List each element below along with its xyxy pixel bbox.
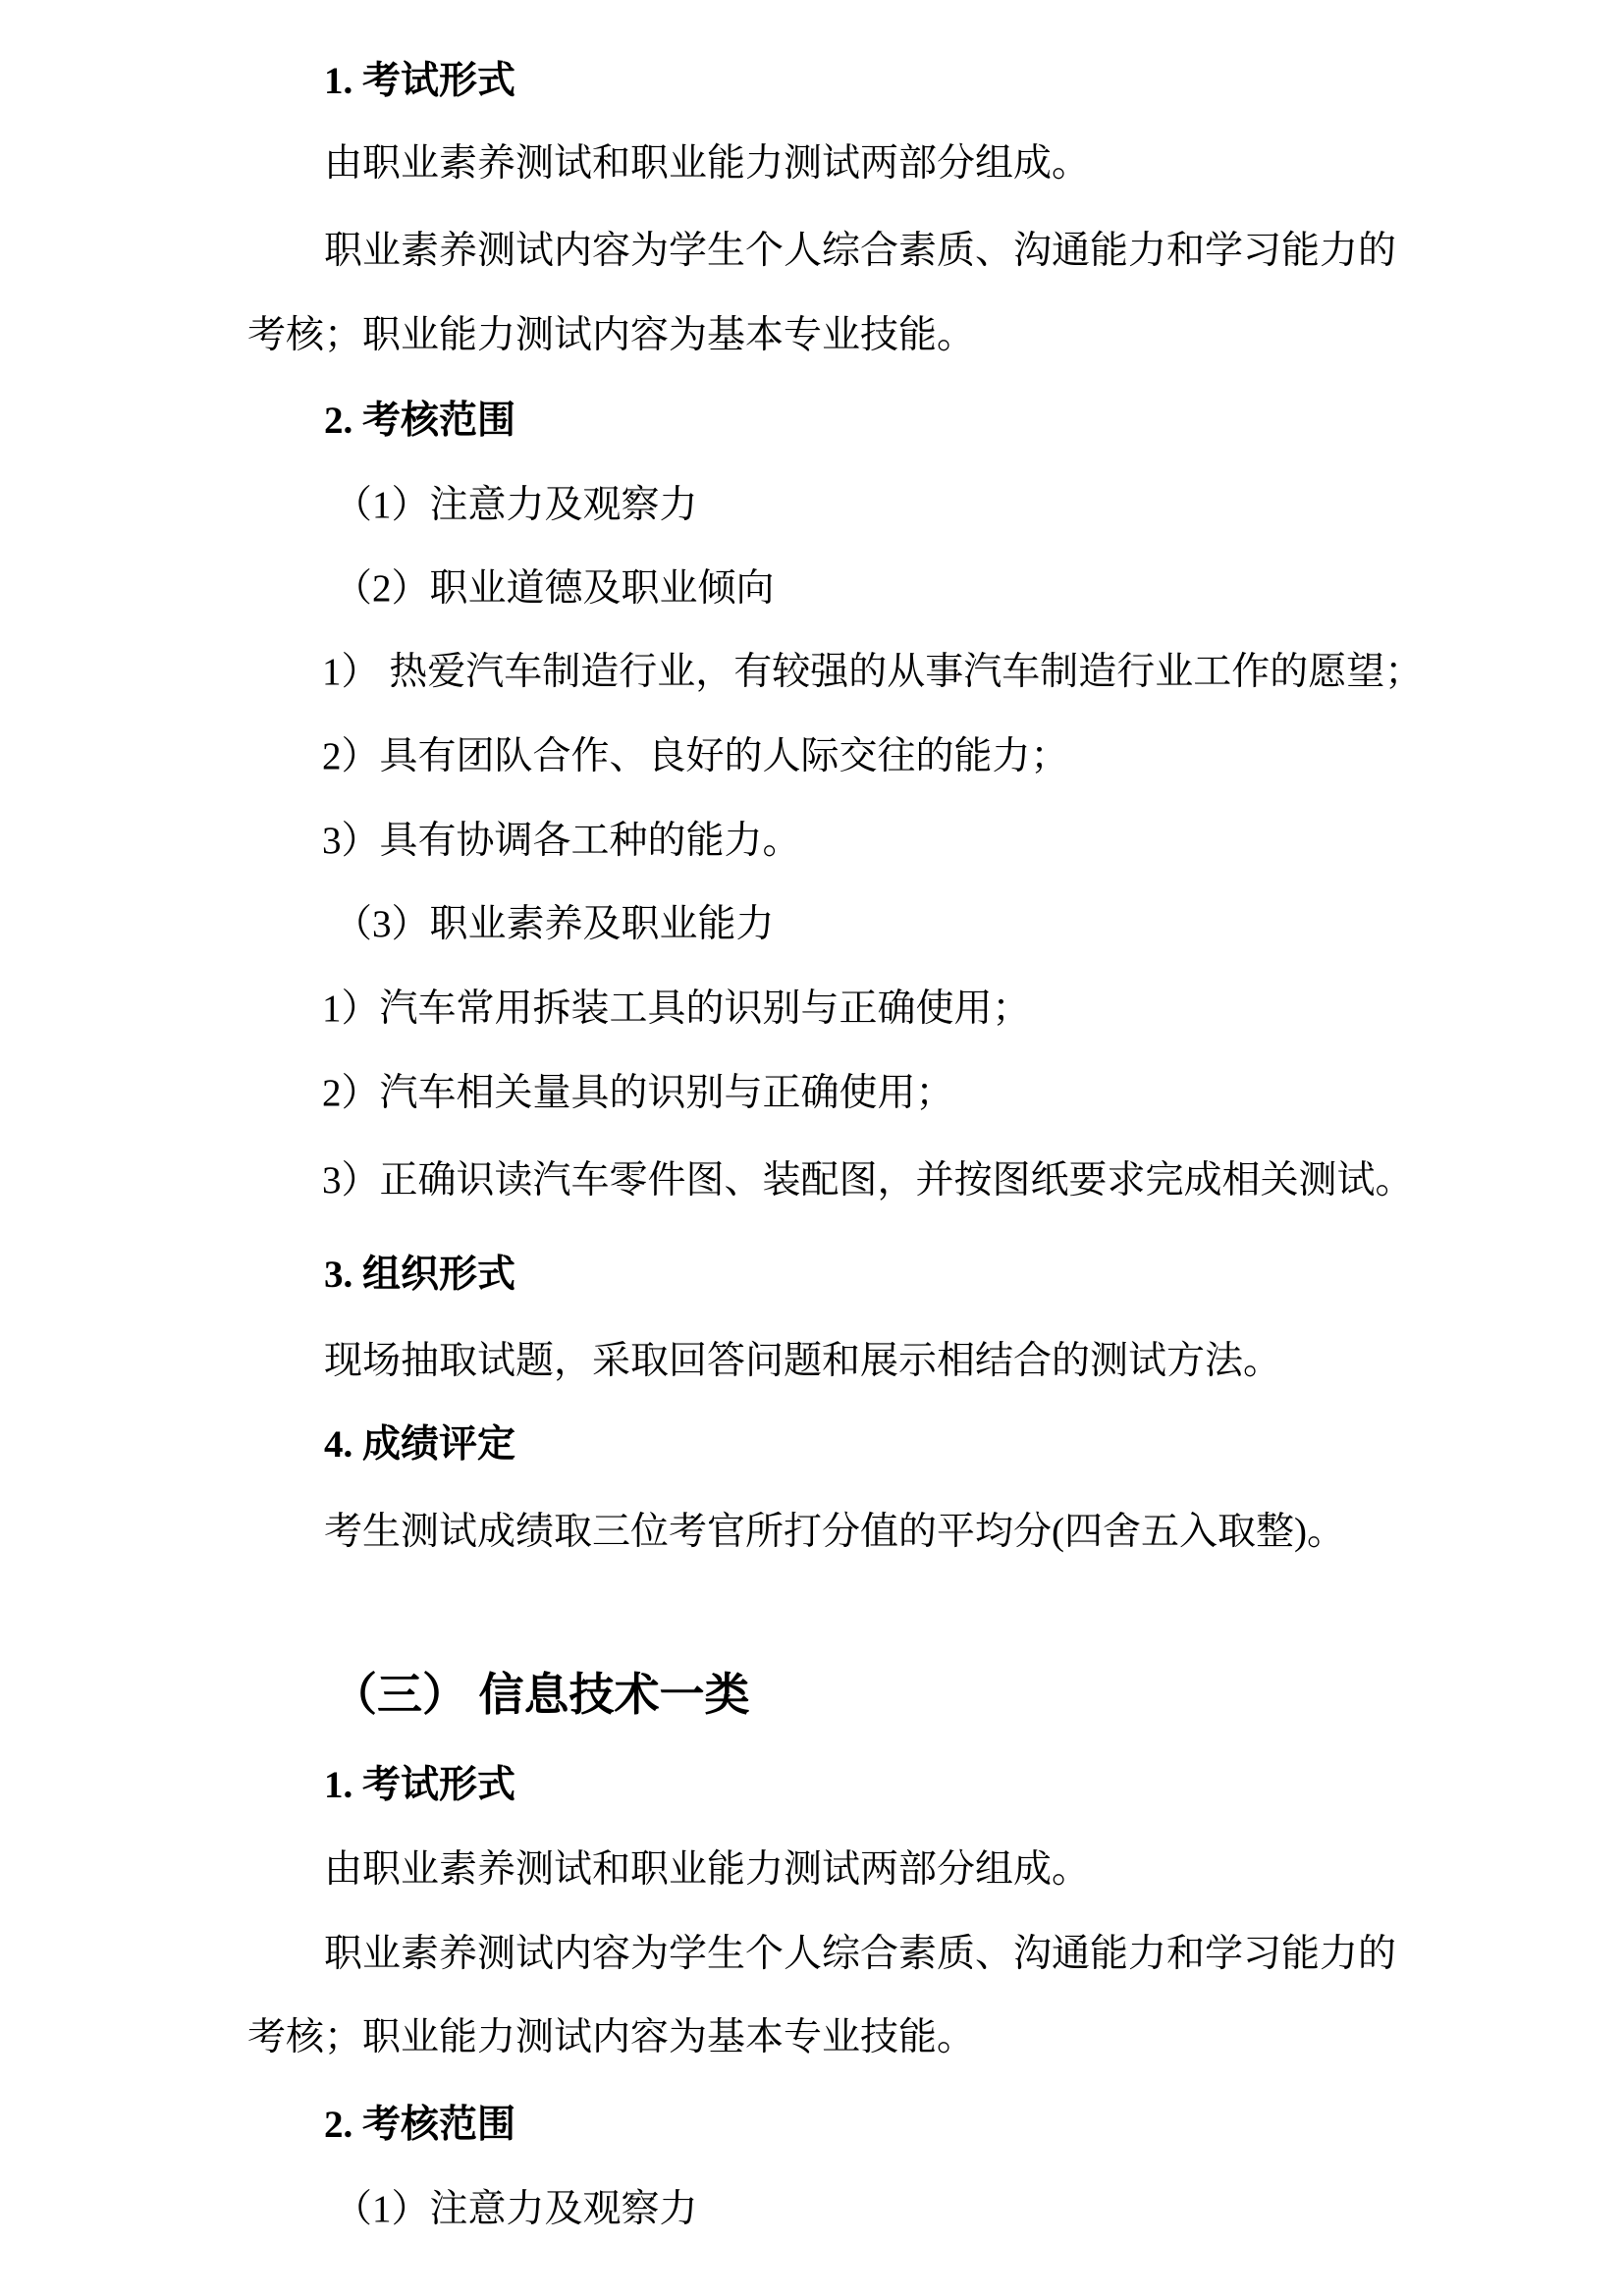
doc-line: （3）职业素养及职业能力 — [334, 902, 775, 947]
heading-assessment-scope-1: 2. 考核范围 — [324, 399, 515, 444]
document-page: 1. 考试形式 由职业素养测试和职业能力测试两部分组成。 职业素养测试内容为学生… — [0, 0, 1624, 2296]
heading-section-info-tech: （三） 信息技术一类 — [332, 1669, 750, 1722]
doc-line: 2）具有团队合作、良好的人际交往的能力； — [322, 734, 1069, 779]
doc-line: 由职业素养测试和职业能力测试两部分组成。 — [324, 141, 1090, 187]
doc-line: 考核；职业能力测试内容为基本专业技能。 — [247, 313, 975, 358]
doc-line: 由职业素养测试和职业能力测试两部分组成。 — [324, 1847, 1090, 1893]
heading-exam-format-1: 1. 考试形式 — [324, 59, 515, 104]
doc-line: 考生测试成绩取三位考官所打分值的平均分(四舍五入取整)。 — [324, 1510, 1345, 1555]
doc-line: （1）注意力及观察力 — [334, 2187, 698, 2232]
doc-line: （2）职业道德及职业倾向 — [334, 566, 775, 612]
doc-line: 1）汽车常用拆装工具的识别与正确使用； — [322, 987, 1031, 1032]
doc-line: 职业素养测试内容为学生个人综合素质、沟通能力和学习能力的 — [324, 1932, 1396, 1977]
heading-score-evaluation: 4. 成绩评定 — [324, 1422, 515, 1468]
doc-line: 现场抽取试题，采取回答问题和展示相结合的测试方法。 — [324, 1339, 1281, 1384]
doc-line: （1）注意力及观察力 — [334, 483, 698, 528]
doc-line: 3）正确识读汽车零件图、装配图，并按图纸要求完成相关测试。 — [322, 1158, 1414, 1203]
doc-line: 职业素养测试内容为学生个人综合素质、沟通能力和学习能力的 — [324, 229, 1396, 274]
doc-line: 2）汽车相关量具的识别与正确使用； — [322, 1071, 954, 1116]
doc-line: 3）具有协调各工种的能力。 — [322, 819, 801, 864]
heading-organization-form: 3. 组织形式 — [324, 1253, 515, 1298]
doc-line: 考核；职业能力测试内容为基本专业技能。 — [247, 2015, 975, 2060]
heading-assessment-scope-2: 2. 考核范围 — [324, 2103, 515, 2148]
heading-exam-format-2: 1. 考试形式 — [324, 1763, 515, 1808]
doc-line: 1） 热爱汽车制造行业，有较强的从事汽车制造行业工作的愿望； — [322, 650, 1423, 695]
